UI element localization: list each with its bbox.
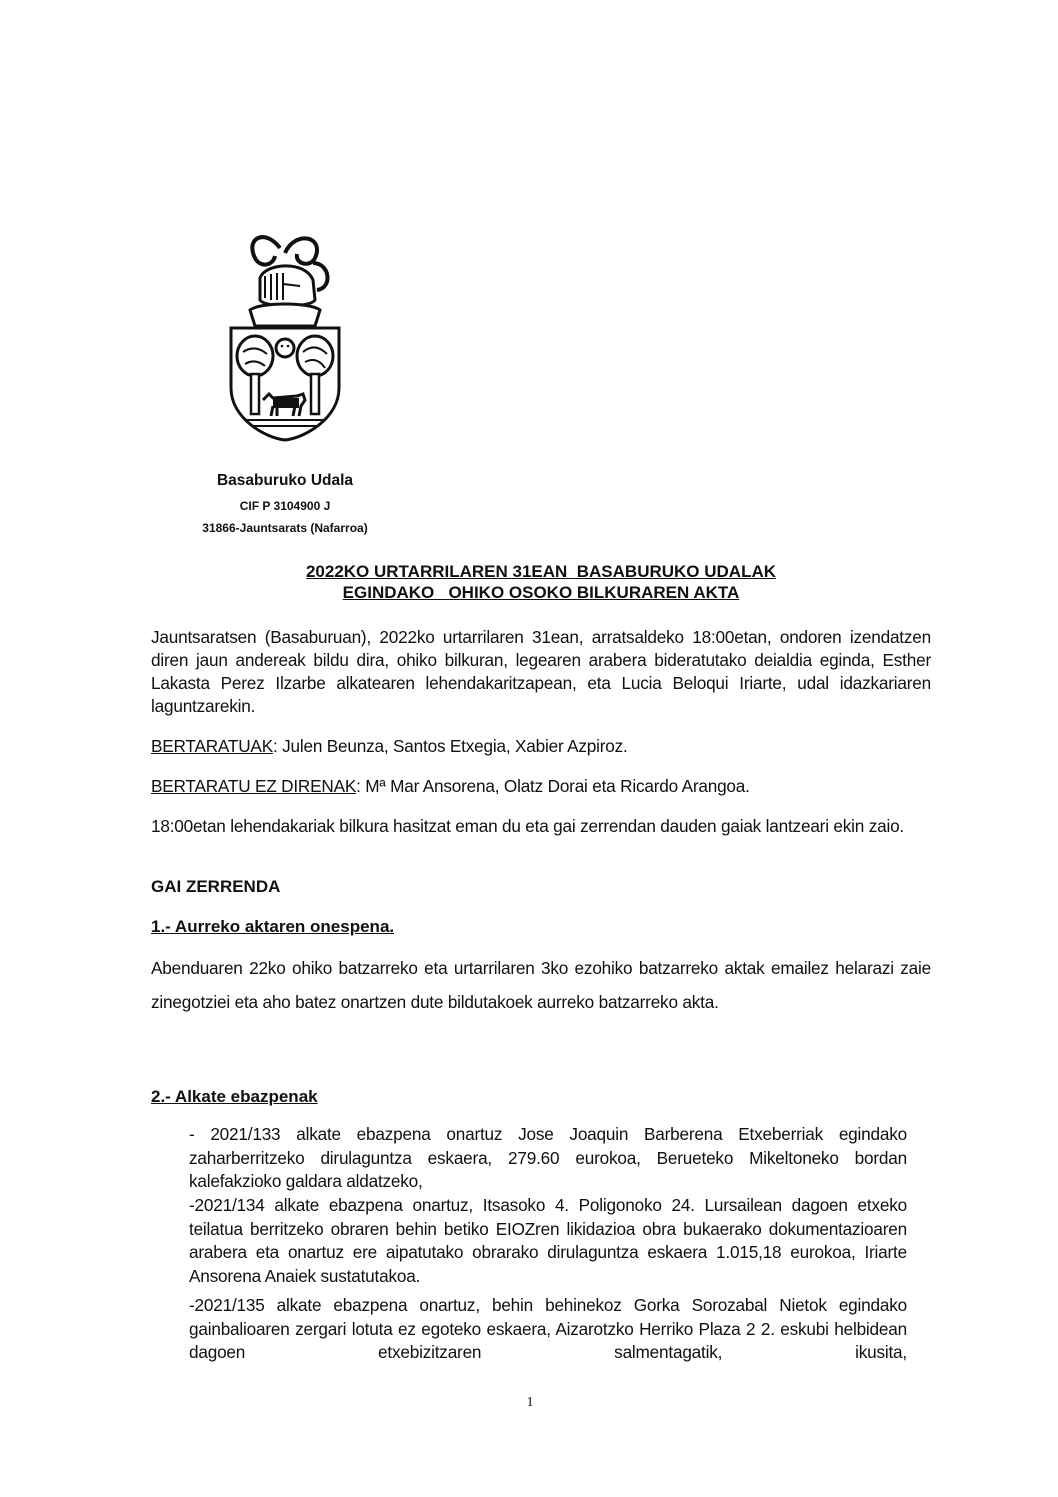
organization-address: 31866-Jauntsarats (Nafarroa) [170, 521, 400, 535]
coat-of-arms-icon [225, 228, 345, 443]
agenda-item-2-heading: 2.- Alkate ebazpenak [151, 1087, 318, 1107]
agenda-item-1-heading: 1.- Aurreko aktaren onespena. [151, 917, 394, 937]
resolution-2021-133: - 2021/133 alkate ebazpena onartuz Jose … [189, 1123, 907, 1194]
session-start-paragraph: 18:00etan lehendakariak bilkura hasitzat… [151, 815, 931, 838]
intro-paragraph: Jauntsaratsen (Basaburuan), 2022ko urtar… [151, 626, 931, 718]
agenda-item-1-body: Abenduaren 22ko ohiko batzarreko eta urt… [151, 952, 931, 1019]
organization-name: Basaburuko Udala [170, 472, 400, 490]
agenda-heading: GAI ZERRENDA [151, 877, 280, 897]
title-line-2: EGINDAKO OHIKO OSOKO BILKURAREN AKTA [150, 582, 932, 603]
attendees-names: : Julen Beunza, Santos Etxegia, Xabier A… [273, 736, 628, 756]
title-line-1: 2022KO URTARRILAREN 31EAN BASABURUKO UDA… [150, 561, 932, 582]
absentees-names: : Mª Mar Ansorena, Olatz Dorai eta Ricar… [356, 776, 750, 796]
document-page: Basaburuko Udala CIF P 3104900 J 31866-J… [0, 0, 1058, 1497]
page-number: 1 [520, 1395, 540, 1411]
attendees-paragraph: BERTARATUAK: Julen Beunza, Santos Etxegi… [151, 735, 931, 758]
attendees-label: BERTARATUAK [151, 736, 273, 756]
organization-cif: CIF P 3104900 J [170, 499, 400, 513]
document-title: 2022KO URTARRILAREN 31EAN BASABURUKO UDA… [150, 561, 932, 603]
absentees-paragraph: BERTARATU EZ DIRENAK: Mª Mar Ansorena, O… [151, 775, 931, 798]
absentees-label: BERTARATU EZ DIRENAK [151, 776, 356, 796]
resolution-2021-135: -2021/135 alkate ebazpena onartuz, behin… [189, 1294, 907, 1365]
resolution-2021-134: -2021/134 alkate ebazpena onartuz, Itsas… [189, 1194, 907, 1288]
